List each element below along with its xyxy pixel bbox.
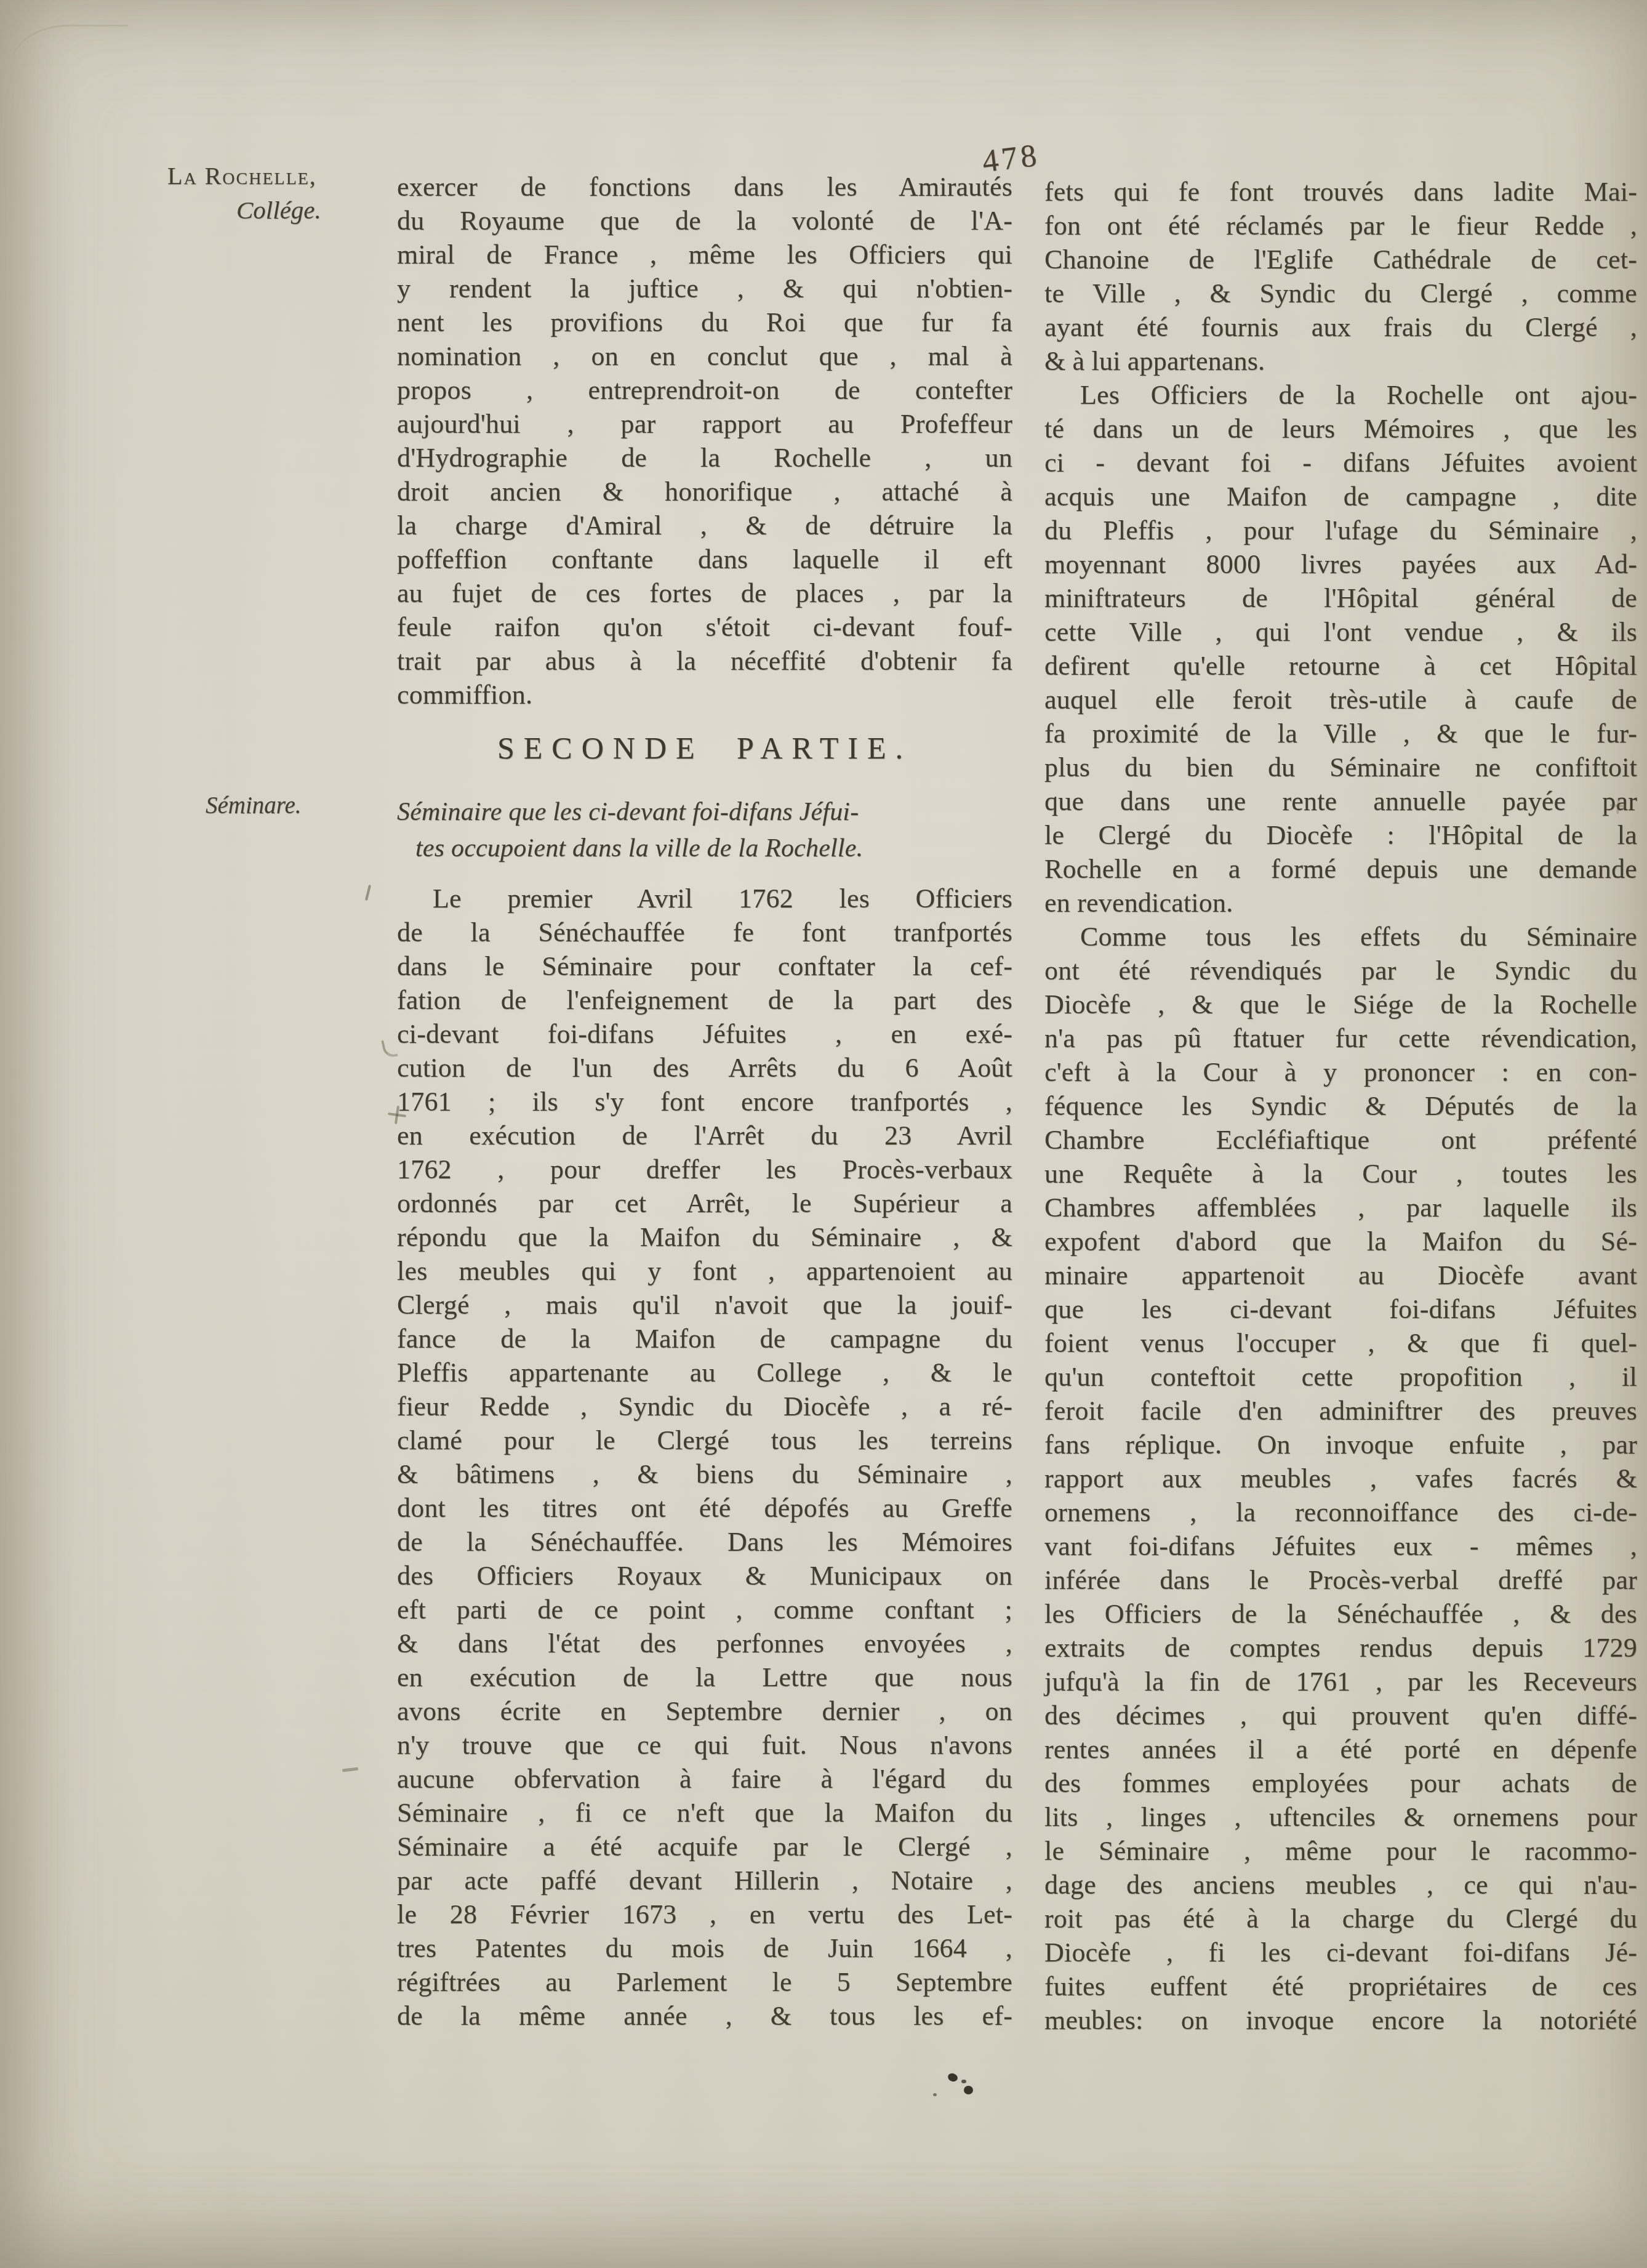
- text-line: y rendent la juftice , & qui n'obtien-: [397, 271, 1012, 305]
- text-line: le Clergé du Diocèfe : l'Hôpital de la: [1044, 818, 1637, 852]
- paragraph-seminaire-inventory: Le premier Avril 1762 les Officiersde la…: [397, 882, 1012, 2033]
- margin-note-la-rochelle-college: La Rochelle, Collége.: [167, 161, 383, 225]
- text-line: fa proximité de la Ville , & que le fur-: [1044, 717, 1637, 750]
- subtitle-line: tes occupoient dans la ville de la Roche…: [397, 830, 1012, 867]
- text-line: Rochelle en a formé depuis une demande: [1044, 852, 1637, 886]
- text-line: acquis une Maifon de campagne , dite: [1044, 480, 1637, 513]
- text-line: Séminaire a été acquife par le Clergé ,: [397, 1830, 1012, 1864]
- text-line: auquel elle feroit très-utile à caufe de: [1044, 683, 1637, 717]
- text-line: inférée dans le Procès-verbal dreffé par: [1044, 1563, 1637, 1597]
- text-line: ornemens , la reconnoiffance des ci-de-: [1044, 1495, 1637, 1529]
- text-line: té dans un de leurs Mémoires , que les: [1044, 412, 1637, 446]
- ink-speck: [964, 2086, 973, 2094]
- paper-crease: [11, 25, 128, 107]
- text-line: ont été révendiqués par le Syndic du: [1044, 954, 1637, 987]
- ink-speck: [933, 2093, 937, 2096]
- text-line: foient venus l'occuper , & que fi quel-: [1044, 1326, 1637, 1360]
- text-line: ayant été fournis aux frais du Clergé ,: [1044, 310, 1637, 344]
- text-line: en revendication.: [1044, 886, 1637, 920]
- section-heading-seconde-partie: SECONDE PARTIE.: [397, 729, 1012, 767]
- text-line: aucune obfervation à faire à l'égard du: [397, 1762, 1012, 1796]
- text-line: cette Ville , qui l'ont vendue , & ils: [1044, 615, 1637, 649]
- text-line: rentes années il a été porté en dépenfe: [1044, 1732, 1637, 1766]
- text-line: eft parti de ce point , comme conftant ;: [397, 1593, 1012, 1627]
- text-line: commiffion.: [397, 678, 1012, 712]
- section-subtitle: Séminaire que les ci-devant foi-difans J…: [397, 794, 1012, 867]
- text-line: aujourd'hui , par rapport au Profeffeur: [397, 407, 1012, 441]
- text-line: 1762 , pour dreffer les Procès-verbaux: [397, 1152, 1012, 1186]
- text-line: minaire appartenoit au Diocèfe avant: [1044, 1258, 1637, 1292]
- text-line: dans le Séminaire pour conftater la cef-: [397, 949, 1012, 983]
- margin-mark-dash: [342, 1767, 358, 1772]
- text-line: fets qui fe font trouvés dans ladite Mai…: [1044, 175, 1637, 209]
- text-line: Comme tous les effets du Séminaire: [1044, 920, 1637, 954]
- text-line: nomination , on en conclut que , mal à: [397, 339, 1012, 373]
- text-line: Séminaire , fi ce n'eft que la Maifon du: [397, 1796, 1012, 1830]
- text-line: fation de l'enfeignement de la part des: [397, 983, 1012, 1017]
- text-line: miniftrateurs de l'Hôpital général de: [1044, 581, 1637, 615]
- text-line: la charge d'Amiral , & de détruire la: [397, 509, 1012, 542]
- paragraph-maison-de-campagne: Les Officiers de la Rochelle ont ajou-té…: [1044, 378, 1637, 920]
- text-line: d'Hydrographie de la Rochelle , un: [397, 441, 1012, 475]
- text-line: que dans une rente annuelle payée par: [1044, 784, 1637, 818]
- text-line: par acte paffé devant Hillerin , Notaire…: [397, 1864, 1012, 1897]
- text-line: Diocèfe , & que le Siége de la Rochelle: [1044, 987, 1637, 1021]
- text-line: de la Sénéchauffée fe font tranfportés: [397, 915, 1012, 949]
- right-text-column: fets qui fe font trouvés dans ladite Mai…: [1044, 175, 1637, 2037]
- text-line: dage des anciens meubles , ce qui n'au-: [1044, 1868, 1637, 1902]
- text-line: & dans l'état des perfonnes envoyées ,: [397, 1627, 1012, 1660]
- text-line: les meubles qui y font , appartenoient a…: [397, 1254, 1012, 1288]
- text-line: régiftrées au Parlement le 5 Septembre: [397, 1965, 1012, 1999]
- text-line: tres Patentes du mois de Juin 1664 ,: [397, 1931, 1012, 1965]
- text-line: & à lui appartenans.: [1044, 344, 1637, 378]
- text-line: plus du bien du Séminaire ne confiftoit: [1044, 750, 1637, 784]
- text-line: fieur Redde , Syndic du Diocèfe , a ré-: [397, 1389, 1012, 1423]
- text-line: ci - devant foi - difans Jéfuites avoien…: [1044, 446, 1637, 480]
- text-line: fuites euffent été propriétaires de ces: [1044, 1969, 1637, 2003]
- text-line: n'a pas pû ftatuer fur cette révendicati…: [1044, 1021, 1637, 1055]
- text-line: n'y trouve que ce qui fuit. Nous n'avons: [397, 1728, 1012, 1762]
- text-line: que les ci-devant foi-difans Jéfuites: [1044, 1292, 1637, 1326]
- text-line: Diocèfe , fi les ci-devant foi-difans Jé…: [1044, 1936, 1637, 1969]
- margin-note-la-rochelle: La Rochelle,: [167, 161, 383, 190]
- text-line: en exécution de la Lettre que nous: [397, 1660, 1012, 1694]
- text-line: meubles: on invoque encore la notoriété: [1044, 2003, 1637, 2037]
- text-line: Chambres affemblées , par laquelle ils: [1044, 1191, 1637, 1224]
- text-line: des Officiers Royaux & Municipaux on: [397, 1559, 1012, 1593]
- margin-note-college: Collége.: [167, 195, 383, 225]
- text-line: te Ville , & Syndic du Clergé , comme: [1044, 276, 1637, 310]
- text-line: Chambre Eccléfiaftique ont préfenté: [1044, 1123, 1637, 1157]
- text-line: des décimes , qui prouvent qu'en diffé-: [1044, 1699, 1637, 1732]
- text-line: cution de l'un des Arrêts du 6 Août: [397, 1051, 1012, 1085]
- text-line: rapport aux meubles , vafes facrés &: [1044, 1462, 1637, 1495]
- text-line: c'eft à la Cour à y prononcer : en con-: [1044, 1055, 1637, 1089]
- text-line: exercer de fonctions dans les Amirautés: [397, 170, 1012, 204]
- subtitle-line: Séminaire que les ci-devant foi-difans J…: [397, 794, 1012, 830]
- text-line: du Pleffis , pour l'ufage du Séminaire ,: [1044, 513, 1637, 547]
- ink-speck: [961, 2080, 966, 2083]
- text-line: Chanoine de l'Eglife Cathédrale de cet-: [1044, 243, 1637, 276]
- text-line: droit ancien & honorifique , attaché à: [397, 475, 1012, 509]
- margin-note-seminare: Séminare.: [206, 792, 302, 819]
- text-line: qu'un conteftoit cette propofition , il: [1044, 1360, 1637, 1394]
- text-line: expofent d'abord que la Maifon du Sé-: [1044, 1224, 1637, 1258]
- text-line: le Séminaire , même pour le racommo-: [1044, 1834, 1637, 1868]
- scanned-book-page: 478 La Rochelle, Collége. Séminare. exer…: [0, 0, 1647, 2268]
- text-line: ordonnés par cet Arrêt, le Supérieur a: [397, 1186, 1012, 1220]
- text-line: en exécution de l'Arrêt du 23 Avril: [397, 1119, 1012, 1152]
- paragraph-revendication: Comme tous les effets du Séminaireont ét…: [1044, 920, 1637, 2037]
- text-line: poffeffion conftante dans laquelle il ef…: [397, 542, 1012, 576]
- text-line: Clergé , mais qu'il n'avoit que la jouif…: [397, 1288, 1012, 1322]
- text-line: defirent qu'elle retourne à cet Hôpital: [1044, 649, 1637, 683]
- ink-speck: [947, 2072, 958, 2083]
- text-line: du Royaume que de la volonté de l'A-: [397, 204, 1012, 238]
- text-line: le 28 Février 1673 , en vertu des Let-: [397, 1897, 1012, 1931]
- margin-mark-tick: [365, 885, 371, 901]
- text-line: fance de la Maifon de campagne du: [397, 1322, 1012, 1356]
- text-line: de la même année , & tous les ef-: [397, 1999, 1012, 2033]
- text-line: des fommes employées pour achats de: [1044, 1766, 1637, 1800]
- text-line: répondu que la Maifon du Séminaire , &: [397, 1220, 1012, 1254]
- text-line: une Requête à la Cour , toutes les: [1044, 1157, 1637, 1191]
- text-line: de la Sénéchauffée. Dans les Mémoires: [397, 1525, 1012, 1559]
- text-line: lits , linges , uftenciles & ornemens po…: [1044, 1800, 1637, 1834]
- text-line: feule raifon qu'on s'étoit ci-devant fou…: [397, 610, 1012, 644]
- text-line: fans réplique. On invoque enfuite , par: [1044, 1428, 1637, 1462]
- text-line: au fujet de ces fortes de places , par l…: [397, 576, 1012, 610]
- text-line: roit pas été à la charge du Clergé du: [1044, 1902, 1637, 1936]
- text-line: nent les provifions du Roi que fur fa: [397, 305, 1012, 339]
- text-line: miral de France , même les Officiers qui: [397, 238, 1012, 271]
- left-text-column: exercer de fonctions dans les Amirautésd…: [397, 170, 1012, 2033]
- text-line: 1761 ; ils s'y font encore tranfportés ,: [397, 1085, 1012, 1119]
- text-line: feroit facile d'en adminiftrer des preuv…: [1044, 1394, 1637, 1428]
- text-line: dont les titres ont été dépofés au Greff…: [397, 1491, 1012, 1525]
- text-line: fon ont été réclamés par le fieur Redde …: [1044, 209, 1637, 243]
- text-line: & bâtimens , & biens du Séminaire ,: [397, 1457, 1012, 1491]
- text-line: moyennant 8000 livres payées aux Ad-: [1044, 547, 1637, 581]
- text-line: extraits de comptes rendus depuis 1729: [1044, 1631, 1637, 1665]
- text-line: les Officiers de la Sénéchauffée , & des: [1044, 1597, 1637, 1631]
- text-line: propos , entreprendroit-on de contefter: [397, 373, 1012, 407]
- text-line: Les Officiers de la Rochelle ont ajou-: [1044, 378, 1637, 412]
- text-line: vant foi-difans Jéfuites eux - mêmes ,: [1044, 1529, 1637, 1563]
- text-line: Pleffis appartenante au College , & le: [397, 1356, 1012, 1389]
- text-line: ci-devant foi-difans Jéfuites , en exé-: [397, 1017, 1012, 1051]
- text-line: féquence les Syndic & Députés de la: [1044, 1089, 1637, 1123]
- text-line: trait par abus à la néceffité d'obtenir …: [397, 644, 1012, 678]
- text-line: clamé pour le Clergé tous les terreins: [397, 1423, 1012, 1457]
- text-line: Le premier Avril 1762 les Officiers: [397, 882, 1012, 915]
- paragraph-admiralty: exercer de fonctions dans les Amirautésd…: [397, 170, 1012, 712]
- paragraph-effects-claimed: fets qui fe font trouvés dans ladite Mai…: [1044, 175, 1637, 378]
- margin-mark-squiggle: [381, 1038, 398, 1059]
- text-line: avons écrite en Septembre dernier , on: [397, 1694, 1012, 1728]
- text-line: jufqu'à la fin de 1761 , par les Receveu…: [1044, 1665, 1637, 1699]
